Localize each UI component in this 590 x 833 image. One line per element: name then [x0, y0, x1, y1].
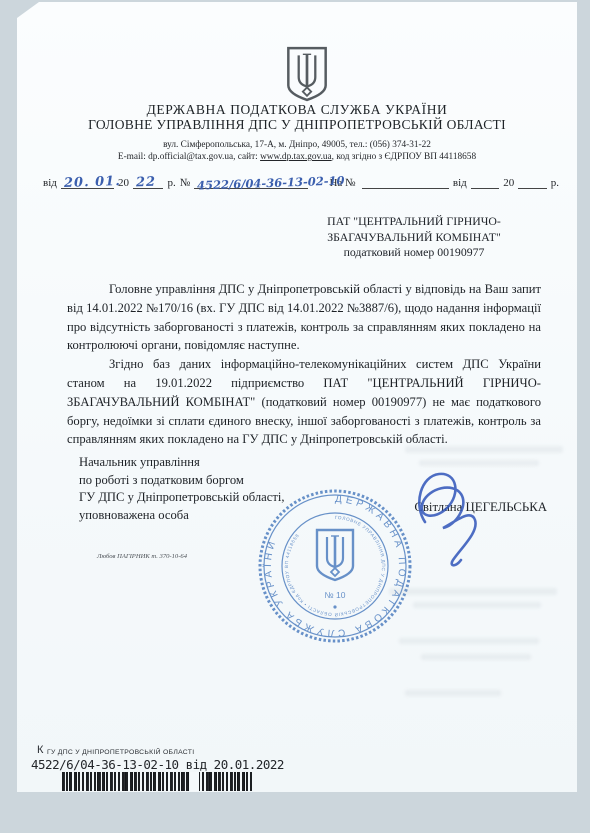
- date-blank: 20. 01.: [61, 176, 114, 189]
- vid-label: від: [453, 177, 467, 189]
- bleed-through-artifact: [399, 638, 539, 644]
- website-link: www.dp.tax.gov.ua: [260, 152, 332, 162]
- year-suffix: р.: [167, 177, 175, 189]
- body-paragraph-1: Головне управління ДПС у Дніпропетровськ…: [67, 280, 541, 355]
- official-round-stamp: ДЕРЖАВНА ПОДАТКОВА СЛУЖБА УКРАЇНИ ГОЛОВН…: [255, 486, 415, 646]
- signer-title-line1: Начальник управління: [79, 454, 285, 472]
- footer-doc-number: 4522/6/04-36-13-02-10 від 20.01.2022: [31, 757, 284, 772]
- year2-prefix: 20: [503, 177, 514, 189]
- letter-page: ДЕРЖАВНА ПОДАТКОВА СЛУЖБА УКРАЇНИ ГОЛОВН…: [17, 2, 577, 792]
- from-label: від: [43, 177, 57, 189]
- handwritten-number: 4522/6/04-36-13-02-10: [197, 173, 345, 192]
- handwritten-date: 20. 01.: [64, 174, 121, 191]
- org-name-line1: ДЕРЖАВНА ПОДАТКОВА СЛУЖБА УКРАЇНИ: [17, 102, 577, 118]
- executor-line: Любов ПАГІРНИК т. 370-10-64: [97, 553, 187, 560]
- contact-suffix: , код згідно з ЄДРПОУ ВП 44118658: [332, 152, 476, 162]
- org-address-line: вул. Сімферопольська, 17-А, м. Дніпро, 4…: [17, 140, 577, 150]
- year2-blank: [518, 176, 547, 189]
- r-label: р.: [551, 177, 559, 189]
- na-blank: [362, 176, 449, 189]
- footer-k-mark: К: [37, 744, 43, 756]
- handwritten-year: 22: [136, 175, 157, 191]
- barcode: [62, 772, 252, 791]
- vid-blank: [471, 176, 500, 189]
- bleed-through-artifact: [419, 460, 539, 466]
- addressee-block: ПАТ "ЦЕНТРАЛЬНИЙ ГІРНИЧО- ЗБАГАЧУВАЛЬНИЙ…: [269, 214, 559, 261]
- bleed-through-artifact: [413, 602, 541, 608]
- signer-title-block: Начальник управління по роботі з податко…: [79, 454, 285, 524]
- addressee-line1: ПАТ "ЦЕНТРАЛЬНИЙ ГІРНИЧО-: [269, 214, 559, 230]
- addressee-tax-number: податковий номер 00190977: [269, 245, 559, 261]
- number-blank: 4522/6/04-36-13-02-10: [194, 176, 308, 189]
- addressee-line2: ЗБАГАЧУВАЛЬНИЙ КОМБІНАТ": [269, 230, 559, 246]
- ukraine-trident-emblem-icon: [285, 46, 329, 102]
- bleed-through-artifact: [421, 654, 531, 660]
- handwritten-signature: [395, 464, 505, 584]
- signer-title-line4: уповноважена особа: [79, 507, 285, 525]
- signer-title-line3: ГУ ДПС у Дніпропетровській області,: [79, 489, 285, 507]
- bleed-through-artifact: [405, 446, 563, 453]
- contact-prefix: E-mail: dp.official@tax.gov.ua, сайт:: [118, 152, 260, 162]
- footer-office-line: ГУ ДПС У ДНІПРОПЕТРОВСЬКІЙ ОБЛАСТІ: [47, 749, 194, 756]
- stamp-number: № 10: [325, 590, 346, 600]
- stamp-trident-icon: [317, 530, 353, 580]
- letter-body: Головне управління ДПС у Дніпропетровськ…: [67, 280, 541, 449]
- bleed-through-artifact: [405, 690, 501, 696]
- body-paragraph-2: Згідно баз даних інформаційно-телекомуні…: [67, 355, 541, 449]
- signer-title-line2: по роботі з податковим боргом: [79, 472, 285, 490]
- year-blank: 22: [133, 176, 163, 189]
- org-name-line2: ГОЛОВНЕ УПРАВЛІННЯ ДПС У ДНІПРОПЕТРОВСЬК…: [17, 117, 577, 133]
- bleed-through-artifact: [389, 588, 557, 595]
- number-label: №: [180, 177, 191, 189]
- reference-line: від 20. 01. 20 22 р. № 4522/6/04-36-13-0…: [43, 176, 563, 189]
- org-contact-line: E-mail: dp.official@tax.gov.ua, сайт: ww…: [17, 152, 577, 162]
